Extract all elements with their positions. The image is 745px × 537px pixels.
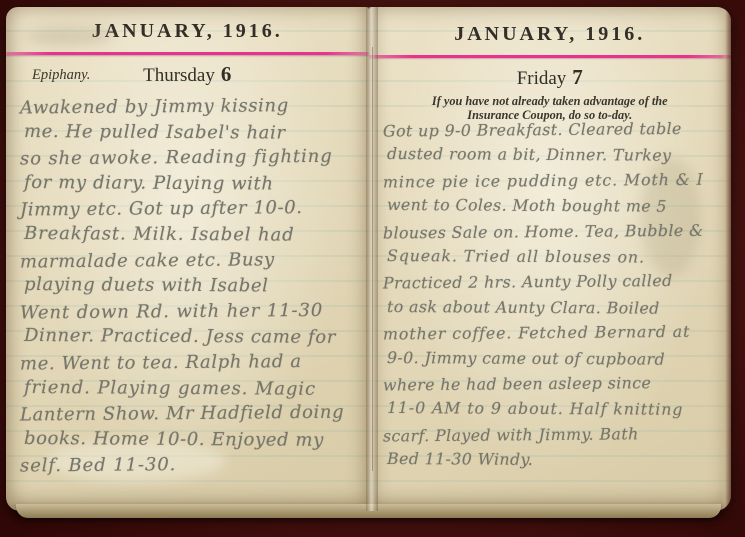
entry-line: 9-0. Jimmy came out of cupboard — [386, 345, 725, 372]
entry-line: friend. Playing games. Magic — [24, 374, 363, 402]
entry-line: me. He pulled Isabel's hair — [24, 119, 363, 147]
right-page: JANUARY, 1916. Friday7 If you have not a… — [369, 7, 732, 511]
entry-line: me. Went to tea. Ralph had a — [20, 348, 363, 377]
left-day-title: Thursday6 — [6, 62, 369, 87]
diary-photo: { "left_page": { "month_header": "JANUAR… — [0, 0, 745, 537]
entry-line: Went down Rd. with her 11-30 — [20, 297, 363, 326]
entry-line: books. Home 10-0. Enjoyed my — [24, 426, 363, 454]
entry-line: scarf. Played with Jimmy. Bath — [382, 420, 725, 448]
gutter-crease — [372, 47, 373, 470]
right-entry-text: Got up 9-0 Breakfast. Cleared table dust… — [383, 117, 726, 473]
left-day-name: Thursday — [143, 65, 215, 86]
right-day-title: Friday7 — [369, 65, 732, 90]
left-day-row: Epiphany. Thursday6 — [6, 62, 369, 88]
entry-line: Squeak. Tried all blouses on. — [386, 243, 725, 270]
right-day-number: 7 — [572, 65, 583, 89]
entry-line: 11-0 AM to 9 about. Half knitting — [386, 395, 725, 422]
entry-line: Awakened by Jimmy kissing — [20, 93, 363, 122]
entry-line: where he had been asleep since — [382, 370, 725, 398]
pink-rule-left — [6, 52, 369, 55]
entry-line: so she awoke. Reading fighting — [20, 144, 363, 173]
insurance-note-line1: If you have not already taken advantage … — [369, 94, 732, 108]
entry-line: Breakfast. Milk. Isabel had — [24, 221, 363, 249]
entry-line: Practiced 2 hrs. Aunty Polly called — [382, 268, 725, 296]
pink-rule-right — [369, 55, 732, 58]
entry-line: Dinner. Practiced. Jess came for — [24, 323, 363, 351]
left-day-number: 6 — [221, 62, 232, 86]
diary-spread: JANUARY, 1916. Epiphany. Thursday6 Awake… — [6, 7, 731, 511]
entry-line: mother coffee. Fetched Bernard at — [382, 319, 725, 347]
entry-line: self. Bed 11-30. — [20, 451, 363, 480]
entry-line: blouses Sale on. Home. Tea, Bubble & — [382, 217, 725, 245]
entry-line: playing duets with Isabel — [24, 272, 363, 300]
entry-line: for my diary. Playing with — [24, 170, 363, 198]
right-day-name: Friday — [517, 68, 567, 89]
entry-line: went to Coles. Moth bought me 5 — [386, 192, 725, 219]
entry-line: dusted room a bit, Dinner. Turkey — [386, 141, 725, 168]
entry-line: mince pie ice pudding etc. Moth & I — [382, 166, 725, 194]
right-month-header: JANUARY, 1916. — [369, 23, 732, 46]
cover-edge — [721, 7, 731, 511]
left-month-header: JANUARY, 1916. — [6, 20, 369, 43]
entry-line: Got up 9-0 Breakfast. Cleared table — [382, 116, 725, 144]
entry-line: Lantern Show. Mr Hadfield doing — [20, 400, 363, 429]
page-gutter — [366, 7, 378, 511]
entry-line: to ask about Aunty Clara. Boiled — [386, 294, 725, 321]
right-day-row: Friday7 — [369, 65, 732, 91]
entry-line: Jimmy etc. Got up after 10-0. — [20, 195, 363, 224]
entry-line: marmalade cake etc. Busy — [20, 246, 363, 275]
left-entry-text: Awakened by Jimmy kissing me. He pulled … — [20, 94, 363, 478]
entry-line: Bed 11-30 Windy. — [386, 446, 725, 473]
left-page: JANUARY, 1916. Epiphany. Thursday6 Awake… — [6, 7, 369, 511]
